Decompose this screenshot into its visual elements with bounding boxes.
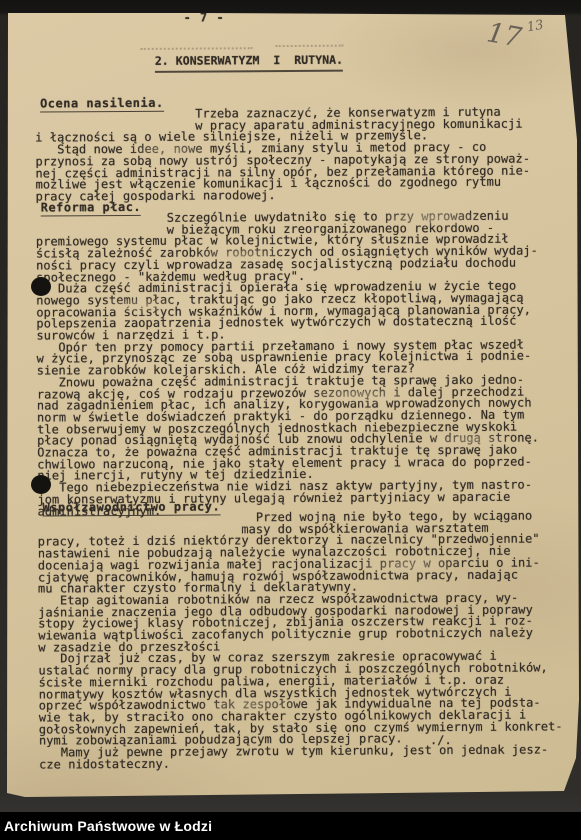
handwritten-number-large: 17 [485,17,524,53]
paper-sheet: - 7 - 2. KONSERWATYZM I RUTYNA. Ocena na… [0,0,581,840]
section-body-wspolzawodnictwo-pracy: Przed wojną nie było tego, by wciągano m… [38,510,563,771]
section-body-ocena-nasilenia: Trzeba zaznaczyć, że konserwatyzm i ruty… [35,107,530,204]
handwritten-number-small: 13 [526,18,545,36]
scanned-document-page: - 7 - 2. KONSERWATYZM I RUTYNA. Ocena na… [0,0,581,840]
archive-watermark-bar: Archiwum Państwowe w Łodzi [0,812,581,840]
erased-text-remnant [141,47,253,50]
end-of-page-mark: ./. [430,735,452,747]
section-body-reforma-plac: Szczególnie uwydatniło się to przy wprow… [36,210,540,517]
page-number: - 7 - [184,12,225,24]
hole-punch-top [31,277,51,296]
typewritten-text-layer: - 7 - 2. KONSERWATYZM I RUTYNA. Ocena na… [0,0,581,840]
hole-punch-bottom [31,475,51,494]
erased-text-remnant [276,45,344,47]
archive-watermark-label: Archiwum Państwowe w Łodzi [0,812,581,840]
section-heading: 2. KONSERWATYZM I RUTYNA. [155,55,343,73]
